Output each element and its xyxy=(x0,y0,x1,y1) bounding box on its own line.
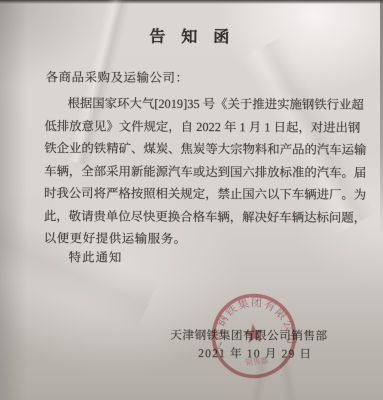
seal-arc-text: 天津钢铁集团有限公司 xyxy=(206,290,299,354)
document-photo: 告 知 函 各商品采购及运输公司： 根据国家环大气[2019]35 号《关于推进… xyxy=(0,0,383,400)
closing-note: 特此通知 xyxy=(69,247,123,265)
body-line: 低排放意见》文件规定，自 2022 年 1 月 1 日起，对进出钢 xyxy=(44,116,346,140)
company-seal-stamp: 天津钢铁集团有限公司 销售部 xyxy=(206,288,303,385)
body-line: 根据国家环大气[2019]35 号《关于推进实施钢铁行业超 xyxy=(44,93,346,117)
document-content: 告 知 函 各商品采购及运输公司： 根据国家环大气[2019]35 号《关于推进… xyxy=(0,0,383,400)
body-line: 车辆，全部采用新能源汽车或达到国六排放标准的汽车。届 xyxy=(44,161,346,185)
seal-arc-text-holder: 天津钢铁集团有限公司 xyxy=(206,290,299,354)
star-icon xyxy=(243,323,265,344)
document-title: 告 知 函 xyxy=(1,23,383,48)
seal-bottom-text: 销售部 xyxy=(245,355,269,367)
body-paragraph: 根据国家环大气[2019]35 号《关于推进实施钢铁行业超 低排放意见》文件规定… xyxy=(44,93,347,252)
body-line: 铁企业的铁精矿、煤炭、焦炭等大宗物料和产品的汽车运输 xyxy=(44,138,346,162)
salutation: 各商品采购及运输公司： xyxy=(46,67,189,86)
body-line: 时我公司将严格按照相关规定，禁止国六以下车辆进厂。为 xyxy=(44,183,346,207)
body-line: 此，敬请贵单位尽快更换合格车辆，解决好车辆达标问题， xyxy=(44,206,346,230)
